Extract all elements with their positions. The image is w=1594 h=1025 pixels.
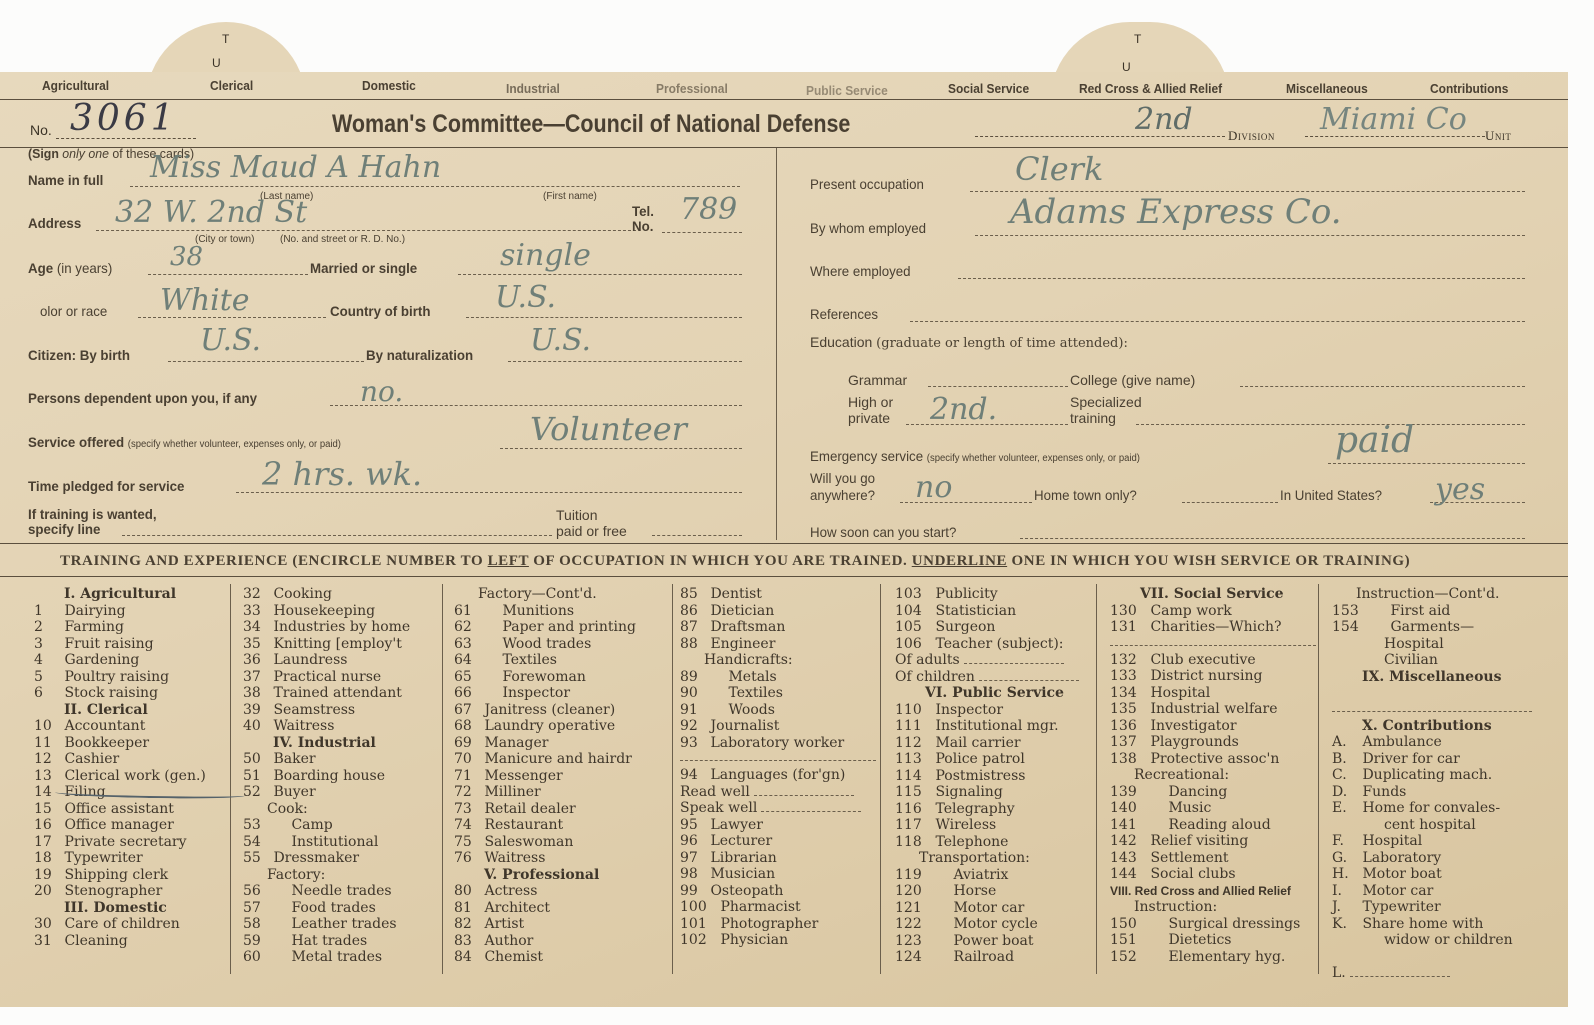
occupation-item[interactable]: 2 Farming xyxy=(34,619,229,636)
occupation-number: 34 xyxy=(243,619,269,636)
blank-line xyxy=(1332,702,1532,712)
occupation-item[interactable]: 103 Publicity xyxy=(895,586,1093,603)
fill-in-field[interactable]: Of adults xyxy=(895,652,1093,669)
column-divider xyxy=(880,584,881,974)
occupation-item[interactable]: 96 Lecturer xyxy=(680,833,876,850)
emergency-service-field-value[interactable]: paid xyxy=(1335,420,1414,461)
occupation-item[interactable]: 88 Engineer xyxy=(680,636,876,653)
occupation-item[interactable]: 6 Stock raising xyxy=(34,685,229,702)
occupation-label: Munitions xyxy=(484,603,574,619)
occupation-number: 133 xyxy=(1110,668,1146,685)
occupation-item[interactable]: 112 Mail carrier xyxy=(895,735,1093,752)
occupation-item[interactable]: 3 Fruit raising xyxy=(34,636,229,653)
age-field-value[interactable]: 38 xyxy=(170,242,203,272)
occupation-item[interactable]: 92 Journalist xyxy=(680,718,876,735)
occupation-number: 117 xyxy=(895,817,931,834)
occupation-item[interactable]: 124 Railroad xyxy=(895,949,1093,966)
occupation-item[interactable]: 56 Needle trades xyxy=(243,883,439,900)
occupation-item[interactable]: 81 Architect xyxy=(454,900,670,917)
naturalization-field-value[interactable]: U.S. xyxy=(530,323,591,358)
street-hint: (No. and street or R. D. No.) xyxy=(280,234,405,245)
occupation-item[interactable]: 37 Practical nurse xyxy=(243,669,439,686)
occupation-number: G. xyxy=(1332,850,1358,867)
occupation-label: Farming xyxy=(64,619,124,635)
field-line xyxy=(979,680,1079,681)
occupation-item[interactable]: 80 Actress xyxy=(454,883,670,900)
occupation-label: Office manager xyxy=(64,817,173,833)
occupation-number: 83 xyxy=(454,933,480,950)
occupation-item[interactable]: 153 First aid xyxy=(1332,603,1532,620)
time-pledged-field-value[interactable]: 2 hrs. wk. xyxy=(262,455,422,493)
occupation-item[interactable]: 71 Messenger xyxy=(454,768,670,785)
occupation-item[interactable]: 134 Hospital xyxy=(1110,685,1316,702)
occupation-item[interactable]: 98 Musician xyxy=(680,866,876,883)
fill-in-field[interactable]: L. xyxy=(1332,965,1532,982)
occupation-item[interactable]: 64 Textiles xyxy=(454,652,670,669)
occupation-item[interactable]: 52 Buyer xyxy=(243,784,439,801)
occupation-item[interactable]: 95 Lawyer xyxy=(680,817,876,834)
occupation-number: 89 xyxy=(680,669,706,686)
name-field-line xyxy=(130,186,740,187)
occupation-item[interactable]: A. Ambulance xyxy=(1332,734,1532,751)
occupation-item[interactable]: I. Motor car xyxy=(1332,883,1532,900)
citizen-birth-field-value[interactable]: U.S. xyxy=(200,323,261,358)
section-heading: V. Professional xyxy=(454,867,670,884)
occupation-label: Retail dealer xyxy=(484,801,575,817)
occupation-item[interactable]: 63 Wood trades xyxy=(454,636,670,653)
occupation-item[interactable]: 118 Telephone xyxy=(895,834,1093,851)
occupation-item[interactable]: 131 Charities—Which? xyxy=(1110,619,1316,636)
occupation-number: 3 xyxy=(34,636,60,653)
occupation-item[interactable]: 87 Draftsman xyxy=(680,619,876,636)
occupation-item[interactable]: 61 Munitions xyxy=(454,603,670,620)
subheading: Hospital xyxy=(1332,636,1532,653)
occupation-number: 53 xyxy=(243,817,269,834)
age-label: Age (in years) xyxy=(28,260,112,276)
subheading: Transportation: xyxy=(895,850,1093,867)
occupation-label: Camp work xyxy=(1150,603,1231,619)
occupation-item[interactable]: 93 Laboratory worker xyxy=(680,735,876,752)
occupation-number: 40 xyxy=(243,718,269,735)
subheading: Factory: xyxy=(243,867,439,884)
occupation-item[interactable]: 58 Leather trades xyxy=(243,916,439,933)
occupation-label: Trained attendant xyxy=(273,685,401,701)
occupation-item[interactable]: 143 Settlement xyxy=(1110,850,1316,867)
occupation-item[interactable]: 54 Institutional xyxy=(243,834,439,851)
occupation-label: Laboratory xyxy=(1362,850,1441,866)
occupation-item[interactable]: 123 Power boat xyxy=(895,933,1093,950)
occupation-item[interactable]: 31 Cleaning xyxy=(34,933,229,950)
occupation-number: E. xyxy=(1332,800,1358,817)
training-line-field-line xyxy=(122,535,552,536)
occupation-item[interactable]: 106 Teacher (subject): xyxy=(895,636,1093,653)
occupation-item[interactable]: 55 Dressmaker xyxy=(243,850,439,867)
occupation-item[interactable]: 36 Laundress xyxy=(243,652,439,669)
employer-field-value[interactable]: Adams Express Co. xyxy=(1010,192,1342,232)
occupation-label: Needle trades xyxy=(273,883,391,899)
occupation-item[interactable]: 40 Waitress xyxy=(243,718,439,735)
occupation-item[interactable]: 51 Boarding house xyxy=(243,768,439,785)
occupation-label: Dentist xyxy=(710,586,761,602)
occupation-item[interactable]: 66 Inspector xyxy=(454,685,670,702)
occupation-number: 2 xyxy=(34,619,60,636)
occupation-number: 90 xyxy=(680,685,706,702)
training-column-4: 85 Dentist86 Dietician87 Draftsman88 Eng… xyxy=(680,586,876,949)
occupation-item[interactable]: 154 Garments— xyxy=(1332,619,1532,636)
occupation-item[interactable]: 133 District nursing xyxy=(1110,668,1316,685)
name-label: Name in full xyxy=(28,172,103,188)
occupation-item[interactable]: 65 Forewoman xyxy=(454,669,670,686)
occupation-item[interactable]: 12 Cashier xyxy=(34,751,229,768)
occupation-item[interactable]: 138 Protective assoc'n xyxy=(1110,751,1316,768)
occupation-item[interactable]: 136 Investigator xyxy=(1110,718,1316,735)
occupation-item[interactable]: 62 Paper and printing xyxy=(454,619,670,636)
occupation-item[interactable]: 89 Metals xyxy=(680,669,876,686)
occupation-label: Manager xyxy=(484,735,548,751)
color-race-field-value[interactable]: White xyxy=(160,283,250,318)
country-field-value[interactable]: U.S. xyxy=(495,280,556,315)
training-column-5: 103 Publicity104 Statistician105 Surgeon… xyxy=(895,586,1093,966)
occupation-label: Dietetics xyxy=(1150,932,1231,948)
anywhere-field-value[interactable]: no xyxy=(915,470,952,505)
occupation-item[interactable]: 135 Industrial welfare xyxy=(1110,701,1316,718)
occupation-label: Power boat xyxy=(935,933,1033,949)
occupation-item[interactable]: 141 Reading aloud xyxy=(1110,817,1316,834)
occupation-item[interactable]: 35 Knitting [employ't xyxy=(243,636,439,653)
occupation-number: 152 xyxy=(1110,949,1146,966)
card-header: No. 3061 Woman's Committee—Council of Na… xyxy=(0,100,1568,148)
occupation-item[interactable]: 113 Police patrol xyxy=(895,751,1093,768)
name-field-value[interactable]: Miss Maud A Hahn xyxy=(150,150,441,185)
service-offered-label: Service offered (specify whether volunte… xyxy=(28,434,341,450)
occupation-item[interactable]: 150 Surgical dressings xyxy=(1110,916,1316,933)
occupation-number: 154 xyxy=(1332,619,1368,636)
occupation-label: Charities—Which? xyxy=(1150,619,1281,635)
occupation-number: 99 xyxy=(680,883,706,900)
occupation-label: Woods xyxy=(710,702,774,718)
occupation-number: 141 xyxy=(1110,817,1146,834)
occupation-label: Languages (for'gn) xyxy=(710,767,845,783)
occupation-item[interactable]: 13 Clerical work (gen.) xyxy=(34,768,229,785)
occupation-label: Artist xyxy=(484,916,524,932)
category-strip: Agricultural Clerical Domestic Industria… xyxy=(0,72,1568,100)
occupation-label: Practical nurse xyxy=(273,669,381,685)
occupation-number: B. xyxy=(1332,751,1358,768)
married-field-value[interactable]: single xyxy=(500,238,591,273)
occupation-item[interactable]: 4 Gardening xyxy=(34,652,229,669)
occupation-number: 91 xyxy=(680,702,706,719)
occupation-item[interactable]: 53 Camp xyxy=(243,817,439,834)
occupation-item[interactable]: 121 Motor car xyxy=(895,900,1093,917)
occupation-number: 96 xyxy=(680,833,706,850)
tel-no-label: No. xyxy=(632,218,653,234)
occupation-item[interactable]: 74 Restaurant xyxy=(454,817,670,834)
subheading: Cook: xyxy=(243,801,439,818)
tab-letter-u: U xyxy=(212,56,221,70)
occupation-item[interactable]: 117 Wireless xyxy=(895,817,1093,834)
subheading: Civilian xyxy=(1332,652,1532,669)
occupation-item[interactable]: 99 Osteopath xyxy=(680,883,876,900)
naturalization-field-line xyxy=(508,361,742,362)
category-red-cross: Red Cross & Allied Relief xyxy=(1079,81,1222,96)
home-town-label: Home town only? xyxy=(1034,487,1137,503)
occupation-item[interactable]: 68 Laundry operative xyxy=(454,718,670,735)
occupation-item[interactable]: 72 Milliner xyxy=(454,784,670,801)
occupation-field-value[interactable]: Clerk xyxy=(1015,150,1103,188)
occupation-number: 92 xyxy=(680,718,706,735)
occupation-number: 151 xyxy=(1110,932,1146,949)
occupation-item[interactable]: 144 Social clubs xyxy=(1110,866,1316,883)
occupation-item[interactable]: 67 Janitress (cleaner) xyxy=(454,702,670,719)
occupation-number: 118 xyxy=(895,834,931,851)
occupation-item[interactable]: 110 Inspector xyxy=(895,702,1093,719)
dependents-field-value[interactable]: no. xyxy=(360,375,403,408)
occupation-item[interactable]: 76 Waitress xyxy=(454,850,670,867)
occupation-item[interactable]: 90 Textiles xyxy=(680,685,876,702)
spacer xyxy=(1332,685,1532,702)
occupation-item[interactable]: 50 Baker xyxy=(243,751,439,768)
training-instructions: TRAINING AND EXPERIENCE (ENCIRCLE NUMBER… xyxy=(60,553,1410,570)
occupation-number: 142 xyxy=(1110,833,1146,850)
field-line xyxy=(761,811,861,812)
occupation-item[interactable]: 152 Elementary hyg. xyxy=(1110,949,1316,966)
occupation-label: Industrial welfare xyxy=(1150,701,1277,717)
subheading: Handicrafts: xyxy=(680,652,876,669)
occupation-number: 103 xyxy=(895,586,931,603)
form-column-divider xyxy=(776,148,777,540)
occupation-item[interactable]: 130 Camp work xyxy=(1110,603,1316,620)
address-field-value[interactable]: 32 W. 2nd St xyxy=(115,195,307,230)
occupation-item[interactable]: 10 Accountant xyxy=(34,718,229,735)
occupation-item[interactable]: 18 Typewriter xyxy=(34,850,229,867)
fill-in-field[interactable]: Of children xyxy=(895,669,1093,686)
occupation-item[interactable]: 19 Shipping clerk xyxy=(34,867,229,884)
occupation-item[interactable]: 84 Chemist xyxy=(454,949,670,966)
occupation-item[interactable]: 1 Dairying xyxy=(34,603,229,620)
occupation-label: Saleswoman xyxy=(484,834,573,850)
occupation-item[interactable]: C. Duplicating mach. xyxy=(1332,767,1532,784)
fill-in-field[interactable]: Read well xyxy=(680,784,876,801)
category-miscellaneous: Miscellaneous xyxy=(1286,81,1368,96)
occupation-label: Laundress xyxy=(273,652,347,668)
division-label: Division xyxy=(1228,128,1275,144)
occupation-number: 86 xyxy=(680,603,706,620)
occupation-label: Janitress (cleaner) xyxy=(484,702,615,718)
occupation-item[interactable]: 116 Telegraphy xyxy=(895,801,1093,818)
specialized-field-line xyxy=(1136,424,1525,425)
occupation-item[interactable]: 60 Metal trades xyxy=(243,949,439,966)
occupation-number: 60 xyxy=(243,949,269,966)
occupation-number: 76 xyxy=(454,850,480,867)
occupation-item[interactable]: 102 Physician xyxy=(680,932,876,949)
occupation-label: Private secretary xyxy=(64,834,186,850)
training-column-7: Instruction—Cont'd.153 First aid154 Garm… xyxy=(1332,586,1532,982)
occupation-item[interactable]: 34 Industries by home xyxy=(243,619,439,636)
occupation-item[interactable]: 104 Statistician xyxy=(895,603,1093,620)
occupation-item[interactable]: 83 Author xyxy=(454,933,670,950)
occupation-item[interactable]: 82 Artist xyxy=(454,916,670,933)
column-divider xyxy=(230,584,231,974)
tel-field-value[interactable]: 789 xyxy=(680,192,737,227)
occupation-item[interactable]: 97 Librarian xyxy=(680,850,876,867)
occupation-item[interactable]: 33 Housekeeping xyxy=(243,603,439,620)
occupation-item[interactable]: 70 Manicure and hairdr xyxy=(454,751,670,768)
section-heading: X. Contributions xyxy=(1332,718,1532,735)
occupation-number: 97 xyxy=(680,850,706,867)
occupation-label: Dietician xyxy=(710,603,774,619)
occupation-number: 104 xyxy=(895,603,931,620)
category-industrial: Industrial xyxy=(506,81,560,96)
occupation-label: Signaling xyxy=(935,784,1002,800)
married-field-line xyxy=(458,274,742,275)
training-column-1: I. Agricultural1 Dairying2 Farming3 Frui… xyxy=(34,586,229,949)
occupation-item[interactable]: 69 Manager xyxy=(454,735,670,752)
occupation-item[interactable]: 137 Playgrounds xyxy=(1110,734,1316,751)
occupation-item[interactable]: 20 Stenographer xyxy=(34,883,229,900)
column-divider xyxy=(442,584,443,974)
unit-value[interactable]: Miami Co xyxy=(1320,102,1467,137)
occupation-item[interactable]: H. Motor boat xyxy=(1332,866,1532,883)
occupation-item[interactable]: 115 Signaling xyxy=(895,784,1093,801)
occupation-item[interactable]: 16 Office manager xyxy=(34,817,229,834)
occupation-item[interactable]: 30 Care of children xyxy=(34,916,229,933)
occupation-label: Manicure and hairdr xyxy=(484,751,631,767)
service-offered-field-line xyxy=(500,448,742,449)
occupation-label: Present occupation xyxy=(810,176,924,192)
occupation-item[interactable]: 32 Cooking xyxy=(243,586,439,603)
occupation-number: 136 xyxy=(1110,718,1146,735)
occupation-number: 36 xyxy=(243,652,269,669)
occupation-item[interactable]: 59 Hat trades xyxy=(243,933,439,950)
tuition-paid-free-label: paid or free xyxy=(556,523,627,539)
occupation-number: 70 xyxy=(454,751,480,768)
occupation-item[interactable]: 57 Food trades xyxy=(243,900,439,917)
citizen-birth-field-line xyxy=(168,361,364,362)
occupation-label: Cooking xyxy=(273,586,332,602)
occupation-item[interactable]: 94 Languages (for'gn) xyxy=(680,767,876,784)
division-value[interactable]: 2nd xyxy=(1135,102,1193,137)
subheading: Factory—Cont'd. xyxy=(454,586,670,603)
occupation-label: District nursing xyxy=(1150,668,1262,684)
occupation-number: 52 xyxy=(243,784,269,801)
occupation-item[interactable]: 85 Dentist xyxy=(680,586,876,603)
naturalization-label: By naturalization xyxy=(366,347,473,363)
married-label: Married or single xyxy=(310,260,417,276)
occupation-item[interactable]: 100 Pharmacist xyxy=(680,899,876,916)
occupation-item[interactable]: 120 Horse xyxy=(895,883,1093,900)
occupation-label: Architect xyxy=(484,900,550,916)
specialized-label-2: training xyxy=(1070,410,1116,426)
occupation-item[interactable]: 119 Aviatrix xyxy=(895,867,1093,884)
occupation-label: Garments— xyxy=(1372,619,1474,635)
occupation-label: Osteopath xyxy=(710,883,783,899)
occupation-item[interactable]: 114 Postmistress xyxy=(895,768,1093,785)
occupation-label: Musician xyxy=(710,866,775,882)
occupation-number: A. xyxy=(1332,734,1358,751)
occupation-item[interactable]: 5 Poultry raising xyxy=(34,669,229,686)
occupation-number: 132 xyxy=(1110,652,1146,669)
occupation-item[interactable]: 39 Seamstress xyxy=(243,702,439,719)
occupation-label: Typewriter xyxy=(1362,899,1440,915)
occupation-item[interactable]: 101 Photographer xyxy=(680,916,876,933)
high-private-field-value[interactable]: 2nd. xyxy=(930,392,997,427)
occupation-number: 88 xyxy=(680,636,706,653)
section-heading: IV. Industrial xyxy=(243,735,439,752)
occupation-label: Cleaning xyxy=(64,933,127,949)
occupation-item[interactable]: B. Driver for car xyxy=(1332,751,1532,768)
category-domestic: Domestic xyxy=(362,78,416,93)
occupation-label: Textiles xyxy=(484,652,556,668)
category-agricultural: Agricultural xyxy=(42,78,109,93)
occupation-label: Teacher (subject): xyxy=(935,636,1063,652)
occupation-number: 134 xyxy=(1110,685,1146,702)
occupation-number: 82 xyxy=(454,916,480,933)
occupation-label: Stenographer xyxy=(64,883,162,899)
occupation-item[interactable]: J. Typewriter xyxy=(1332,899,1532,916)
occupation-item[interactable]: 105 Surgeon xyxy=(895,619,1093,636)
occupation-item[interactable]: 75 Saleswoman xyxy=(454,834,670,851)
high-private-label-1: High or xyxy=(848,394,893,410)
occupation-label: Motor car xyxy=(1362,883,1433,899)
occupation-item[interactable]: G. Laboratory xyxy=(1332,850,1532,867)
occupation-number: H. xyxy=(1332,866,1358,883)
occupation-item[interactable]: 151 Dietetics xyxy=(1110,932,1316,949)
occupation-number: 10 xyxy=(34,718,60,735)
section-heading: VI. Public Service xyxy=(895,685,1093,702)
occupation-item[interactable]: F. Hospital xyxy=(1332,833,1532,850)
occupation-item[interactable]: 122 Motor cycle xyxy=(895,916,1093,933)
tel-field-line xyxy=(662,232,742,233)
occupation-item[interactable]: 15 Office assistant xyxy=(34,801,229,818)
occupation-label: Inspector xyxy=(935,702,1003,718)
occupation-item[interactable]: D. Funds xyxy=(1332,784,1532,801)
occupation-item[interactable]: 86 Dietician xyxy=(680,603,876,620)
occupation-item[interactable]: 11 Bookkeeper xyxy=(34,735,229,752)
occupation-label: Milliner xyxy=(484,784,540,800)
occupation-label: First aid xyxy=(1372,603,1450,619)
occupation-item[interactable]: 17 Private secretary xyxy=(34,834,229,851)
occupation-item[interactable]: 142 Relief visiting xyxy=(1110,833,1316,850)
field-label: Of children xyxy=(895,669,975,685)
occupation-label: Metals xyxy=(710,669,776,685)
fill-in-field[interactable]: Speak well xyxy=(680,800,876,817)
occupation-item[interactable]: K. Share home with xyxy=(1332,916,1532,933)
emergency-service-field-line xyxy=(1328,463,1525,464)
occupation-item[interactable]: 132 Club executive xyxy=(1110,652,1316,669)
occupation-label: Dairying xyxy=(64,603,125,619)
occupation-label: Physician xyxy=(720,932,788,948)
occupation-label: Laboratory worker xyxy=(710,735,844,751)
occupation-item[interactable]: 111 Institutional mgr. xyxy=(895,718,1093,735)
occupation-number: 123 xyxy=(895,933,931,950)
occupation-item[interactable]: E. Home for convales- xyxy=(1332,800,1532,817)
occupation-number: 32 xyxy=(243,586,269,603)
occupation-label: Horse xyxy=(935,883,996,899)
occupation-item[interactable]: 38 Trained attendant xyxy=(243,685,439,702)
card-number-value[interactable]: 3061 xyxy=(70,98,178,139)
occupation-number: 144 xyxy=(1110,866,1146,883)
subheading: Instruction—Cont'd. xyxy=(1332,586,1532,603)
service-offered-field-value[interactable]: Volunteer xyxy=(530,410,687,448)
address-field-line xyxy=(96,230,636,231)
occupation-item[interactable]: 140 Music xyxy=(1110,800,1316,817)
occupation-item[interactable]: 139 Dancing xyxy=(1110,784,1316,801)
occupation-label: Pharmacist xyxy=(720,899,800,915)
occupation-item[interactable]: 91 Woods xyxy=(680,702,876,719)
united-states-field-value[interactable]: yes xyxy=(1435,472,1485,507)
occupation-item[interactable]: 73 Retail dealer xyxy=(454,801,670,818)
occupation-number: 110 xyxy=(895,702,931,719)
